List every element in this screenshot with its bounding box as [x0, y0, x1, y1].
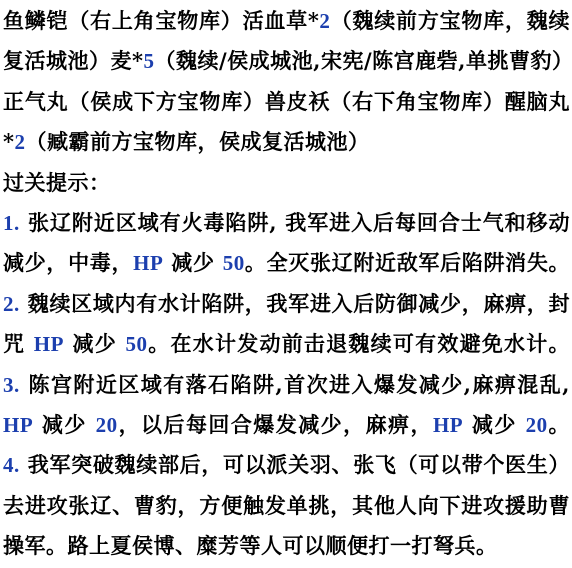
cjk-text-segment: 减少 — [33, 412, 95, 437]
cjk-text-segment: 魏续区域内有水计陷阱，我军进入后防御减少，麻痹，封 — [20, 291, 570, 316]
cjk-text-segment: 我军突破魏续部后，可以派关羽、张飞（可以带个医生） — [20, 452, 570, 477]
text-line: 咒 HP 减少 50。在水计发动前击退魏续可有效避免水计。 — [3, 324, 570, 364]
cjk-text-segment: 张辽附近区域有火毒陷阱, 我军进入后每回合士气和移动 — [20, 210, 570, 235]
cjk-text-segment: 复活城池）麦* — [3, 48, 143, 73]
latin-text-segment: 2. — [3, 292, 20, 316]
cjk-text-segment: （臧霸前方宝物库，侯成复活城池） — [25, 129, 369, 154]
cjk-text-segment: 。全灭张辽附近敌军后陷阱消失。 — [245, 250, 570, 275]
cjk-text-segment: （魏续前方宝物库，魏续 — [330, 8, 570, 33]
latin-text-segment: 50 — [223, 251, 245, 275]
text-line: *2（臧霸前方宝物库，侯成复活城池） — [3, 122, 570, 162]
text-line: 2. 魏续区域内有水计陷阱，我军进入后防御减少，麻痹，封 — [3, 284, 570, 324]
latin-text-segment: 2 — [14, 130, 25, 154]
text-line: 4. 我军突破魏续部后，可以派关羽、张飞（可以带个医生） — [3, 445, 570, 485]
document-body: 鱼鳞铠（右上角宝物库）活血草*2（魏续前方宝物库，魏续复活城池）麦*5（魏续/侯… — [3, 1, 570, 566]
text-line: 操军。路上夏侯博、糜芳等人可以顺便打一打弩兵。 — [3, 526, 570, 566]
text-line: 鱼鳞铠（右上角宝物库）活血草*2（魏续前方宝物库，魏续 — [3, 1, 570, 41]
cjk-text-segment: 咒 — [3, 331, 34, 356]
text-line: 3. 陈宫附近区域有落石陷阱,首次进入爆发减少,麻痹混乱, — [3, 365, 570, 405]
latin-text-segment: 3. — [3, 373, 20, 397]
cjk-text-segment: 去进攻张辽、曹豹，方便触发单挑，其他人向下进攻援助曹 — [3, 493, 570, 518]
cjk-text-segment: 陈宫附近区域有落石陷阱,首次进入爆发减少,麻痹混乱, — [20, 372, 570, 397]
text-line: HP 减少 20，以后每回合爆发减少，麻痹，HP 减少 20。 — [3, 405, 570, 445]
cjk-text-segment: 。在水计发动前击退魏续可有效避免水计。 — [148, 331, 570, 356]
cjk-text-segment: （魏续/侯成城池,宋宪/陈宫鹿砦,单挑曹豹） — [154, 48, 570, 73]
cjk-text-segment: 减少 — [463, 412, 525, 437]
cjk-text-segment: 减少 — [64, 331, 126, 356]
latin-text-segment: HP — [433, 413, 463, 437]
latin-text-segment: 20 — [96, 413, 118, 437]
cjk-text-segment: 。 — [548, 412, 570, 437]
latin-text-segment: 2 — [319, 9, 330, 33]
text-line: 减少，中毒，HP 减少 50。全灭张辽附近敌军后陷阱消失。 — [3, 243, 570, 283]
text-line: 1. 张辽附近区域有火毒陷阱, 我军进入后每回合士气和移动 — [3, 203, 570, 243]
document-page: 鱼鳞铠（右上角宝物库）活血草*2（魏续前方宝物库，魏续复活城池）麦*5（魏续/侯… — [0, 0, 572, 568]
latin-text-segment: 1. — [3, 211, 20, 235]
cjk-text-segment: 鱼鳞铠（右上角宝物库）活血草* — [3, 8, 319, 33]
cjk-text-segment: ，以后每回合爆发减少，麻痹， — [118, 412, 433, 437]
cjk-text-segment: 过关提示： — [3, 170, 111, 195]
cjk-text-segment: 减少 — [163, 250, 222, 275]
cjk-text-segment: 正气丸（侯成下方宝物库）兽皮袄（右下角宝物库）醒脑丸 — [3, 89, 570, 114]
text-line: 复活城池）麦*5（魏续/侯成城池,宋宪/陈宫鹿砦,单挑曹豹） — [3, 41, 570, 81]
latin-text-segment: 50 — [126, 332, 148, 356]
latin-text-segment: 20 — [526, 413, 548, 437]
cjk-text-segment: * — [3, 129, 14, 154]
latin-text-segment: HP — [133, 251, 163, 275]
latin-text-segment: HP — [34, 332, 64, 356]
cjk-text-segment: 减少，中毒， — [3, 250, 133, 275]
latin-text-segment: HP — [3, 413, 33, 437]
text-line: 正气丸（侯成下方宝物库）兽皮袄（右下角宝物库）醒脑丸 — [3, 82, 570, 122]
latin-text-segment: 4. — [3, 453, 20, 477]
text-line: 过关提示： — [3, 163, 570, 203]
latin-text-segment: 5 — [143, 49, 154, 73]
text-line: 去进攻张辽、曹豹，方便触发单挑，其他人向下进攻援助曹 — [3, 486, 570, 526]
cjk-text-segment: 操军。路上夏侯博、糜芳等人可以顺便打一打弩兵。 — [3, 533, 498, 558]
